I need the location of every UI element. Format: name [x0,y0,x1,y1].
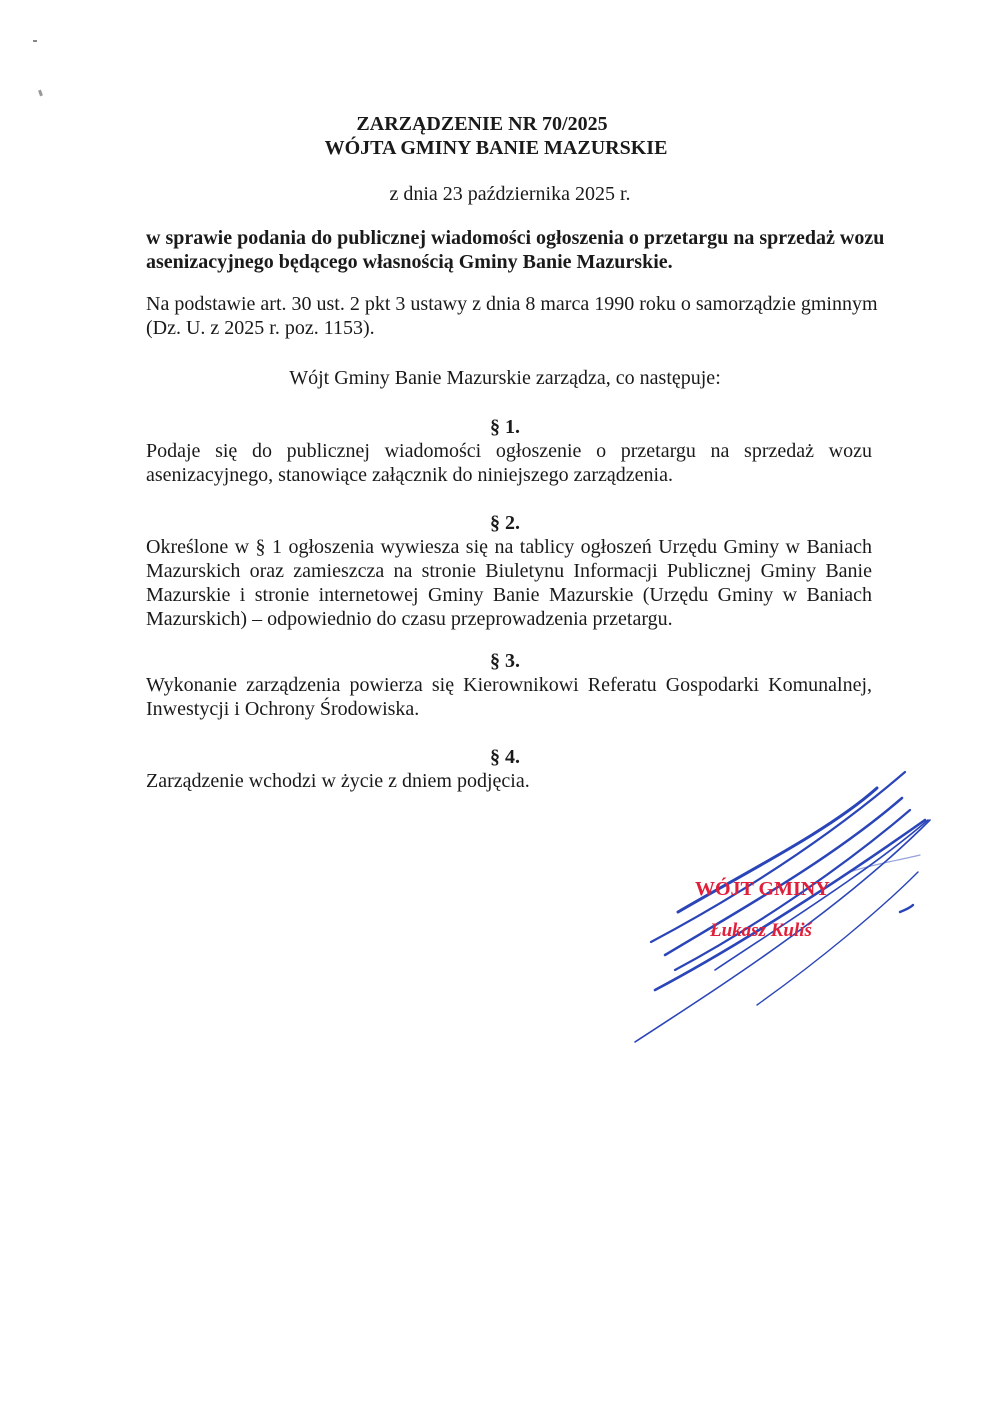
paragraph-sign-1: § 1. [0,415,992,439]
paragraph-sign-2: § 2. [0,511,992,535]
ordering-clause: Wójt Gminy Banie Mazurskie zarządza, co … [0,366,992,390]
stamp-name: Łukasz Kuliś [710,920,812,942]
handwritten-signature-icon [620,760,950,1050]
scan-speck [33,40,37,42]
paragraph-text-3: Wykonanie zarządzenia powierza się Kiero… [146,673,872,721]
document-title-issuer: WÓJTA GMINY BANIE MAZURSKIE [0,136,992,160]
paragraph-text-2: Określone w § 1 ogłoszenia wywiesza się … [146,535,872,631]
paragraph-text-1: Podaje się do publicznej wiadomości ogło… [146,439,872,487]
signature-block: WÓJT GMINY Łukasz Kuliś [620,760,950,1050]
document-subject: w sprawie podania do publicznej wiadomoś… [146,226,886,274]
document-title-number: ZARZĄDZENIE NR 70/2025 [0,112,978,136]
document-page: ZARZĄDZENIE NR 70/2025 WÓJTA GMINY BANIE… [0,0,992,1403]
scan-speck [38,90,43,97]
legal-basis: Na podstawie art. 30 ust. 2 pkt 3 ustawy… [146,292,886,340]
document-date: z dnia 23 października 2025 r. [0,182,992,206]
stamp-title: WÓJT GMINY [695,878,830,901]
paragraph-sign-3: § 3. [0,649,992,673]
